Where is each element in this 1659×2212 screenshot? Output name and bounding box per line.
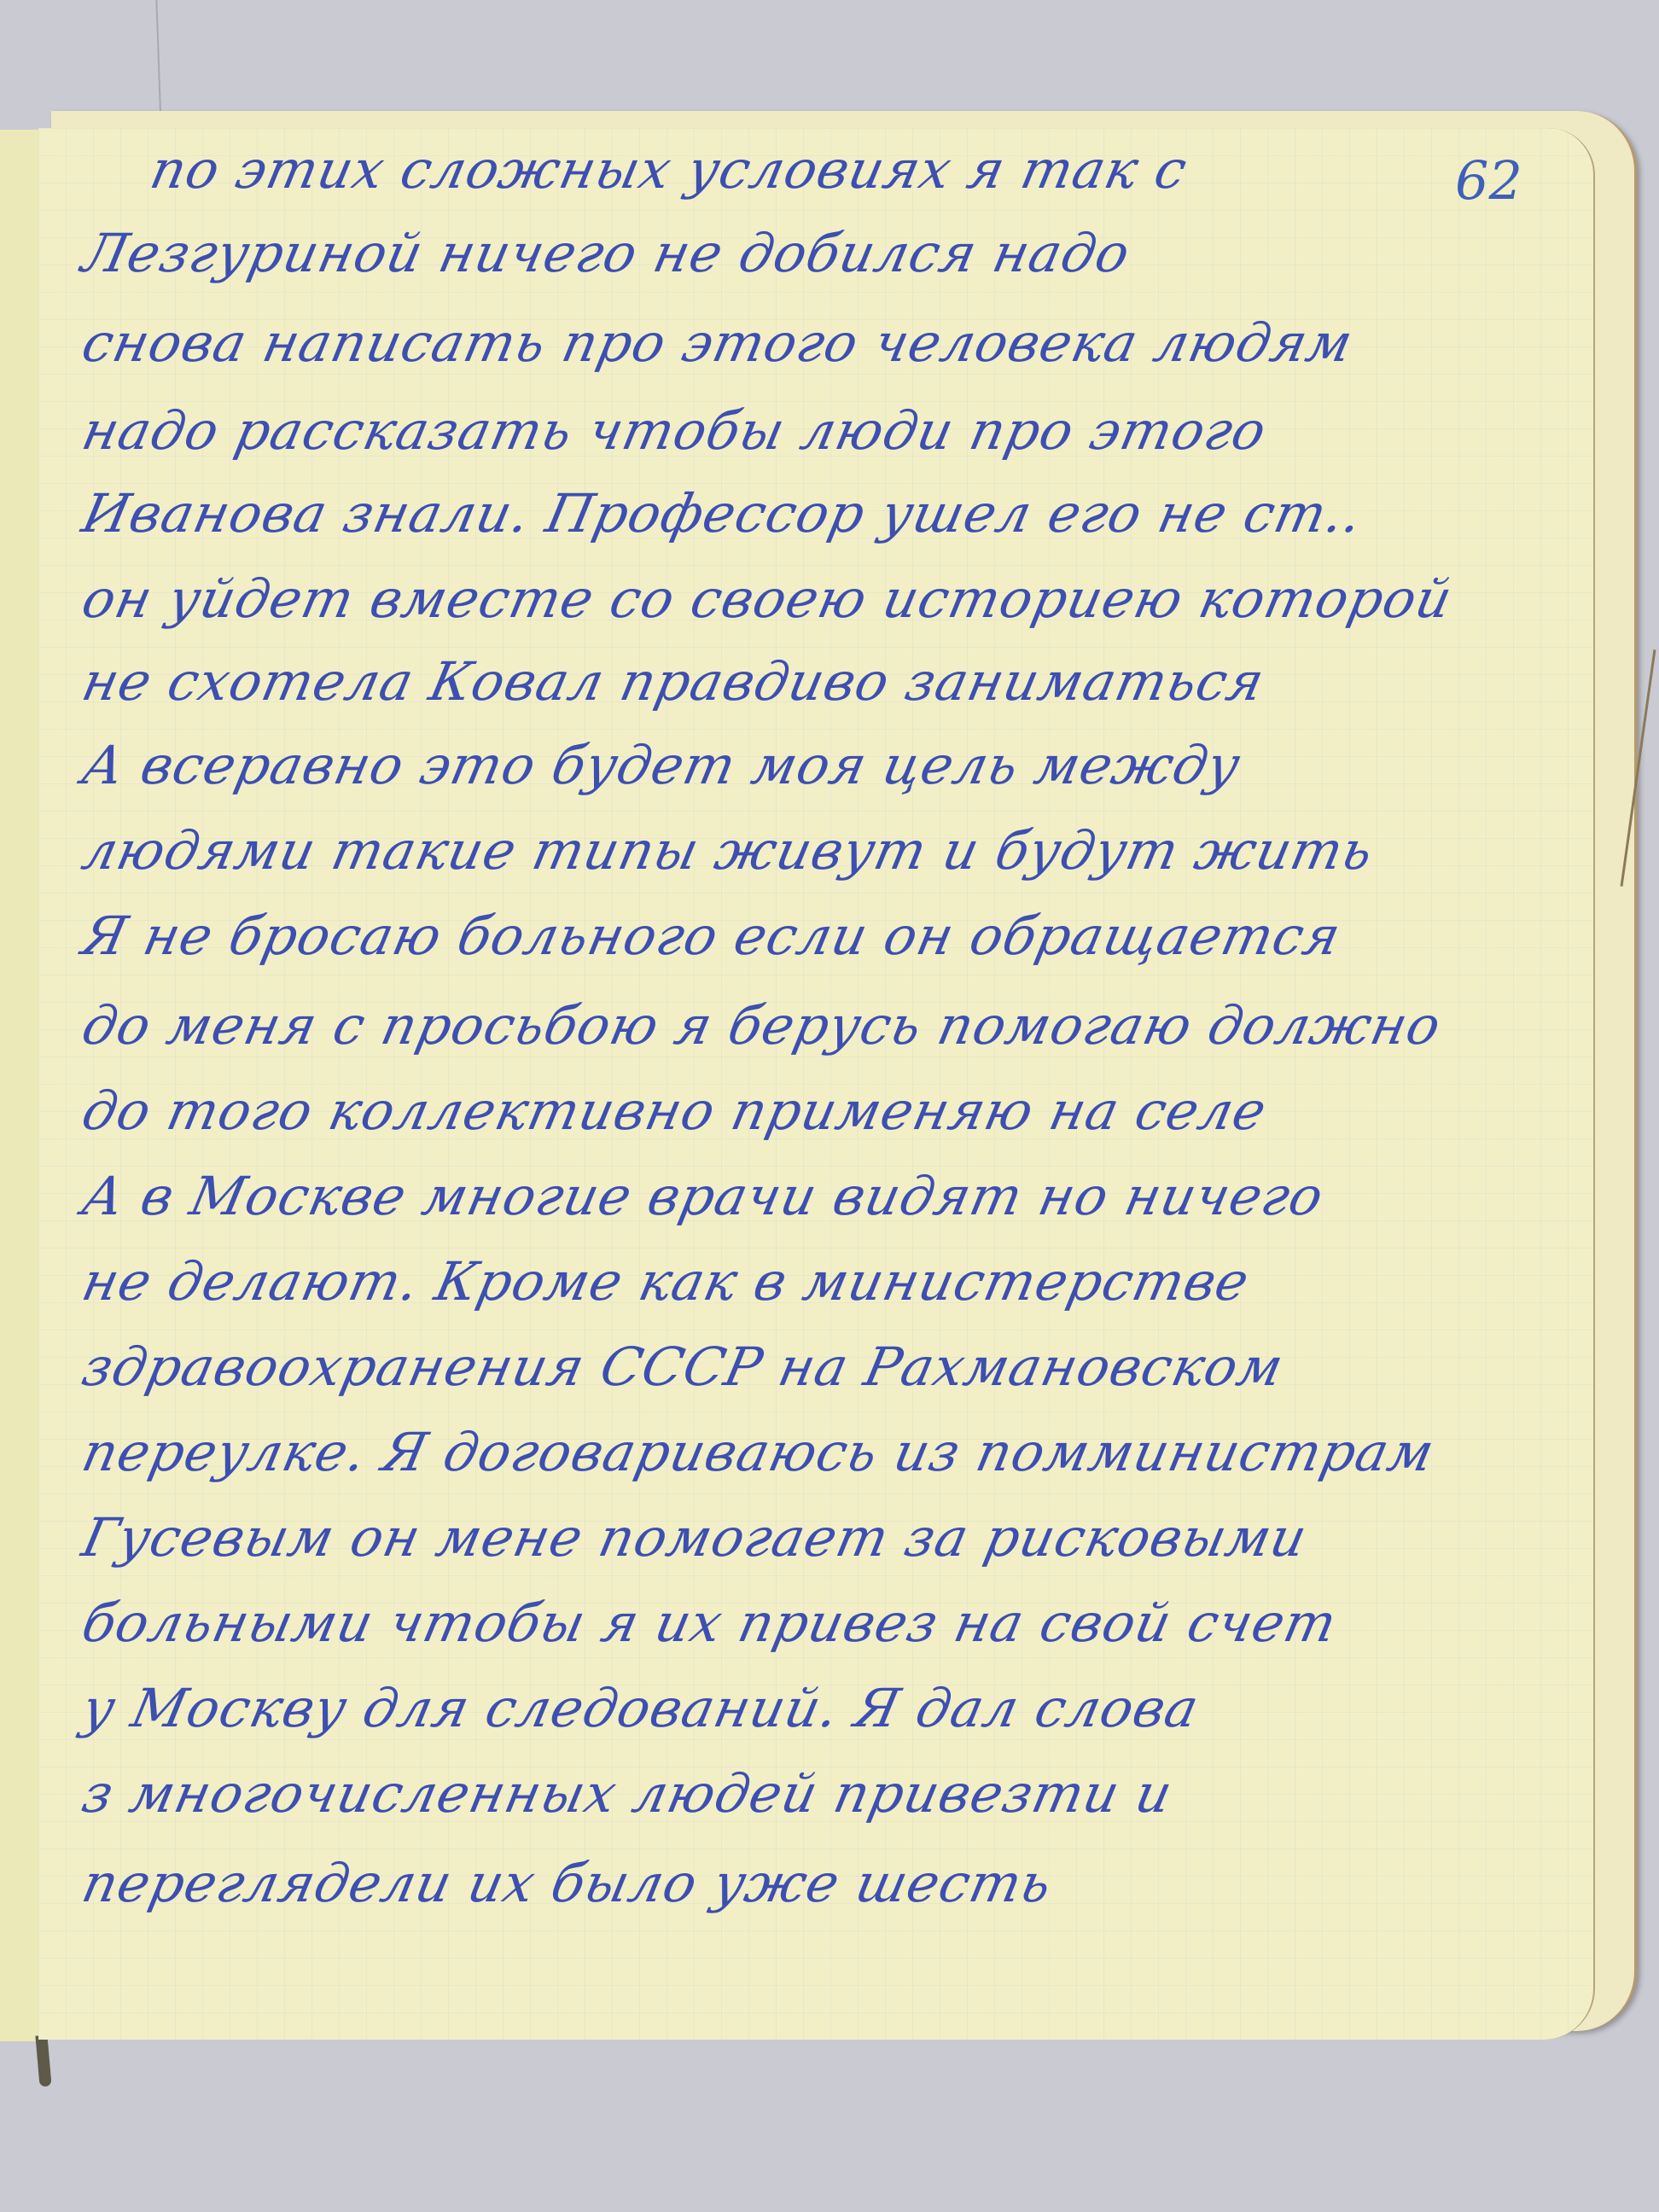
text-line: до меня с просьбою я берусь помогаю долж… [77,994,1447,1057]
text-line: Я не бросаю больного если он обращается [77,905,1347,967]
text-line: больными чтобы я их привез на свой счет [77,1592,1342,1654]
text-line: переулке. Я договариваюсь из помминистра… [77,1421,1440,1483]
text-line: А всеравно это будет моя цель между [77,734,1246,796]
text-line: по этих сложных условиях я так с [145,138,1193,201]
text-line: снова написать про этого человека людям [77,311,1359,374]
text-line: Иванова знали. Профессор ушел его не ст.… [77,482,1368,544]
text-line: Лезгуриной ничего не добился надо [77,222,1136,284]
notebook-spine-tip [35,2035,51,2087]
page-number: 62 [1455,149,1522,212]
text-line: переглядели их было уже шесть [77,1852,1057,1914]
text-line: он уйдет вместе со своею историею которо… [77,568,1458,630]
left-page-edge [0,130,40,2041]
notebook-page: 62 по этих сложных условиях я так с Лезг… [38,128,1595,2040]
text-line: Гусевым он мене помогает за рисковыми [77,1506,1313,1569]
text-line: у Москву для следований. Я дал слова [77,1677,1205,1739]
text-line: не схотела Ковал правдиво заниматься [77,650,1270,713]
background-crease [155,0,161,128]
text-line: здравоохранения СССР на Рахмановском [77,1336,1289,1398]
text-line: не делают. Кроме как в министерстве [77,1250,1255,1313]
text-line: А в Москве многие врачи видят но ничего [77,1165,1330,1227]
text-line: надо рассказать чтобы люди про этого [77,399,1272,462]
text-line: з многочисленных людей привезти и [77,1762,1179,1825]
text-line: до того коллективно применяю на селе [77,1080,1272,1142]
text-line: людями такие типы живут и будут жить [77,819,1379,882]
